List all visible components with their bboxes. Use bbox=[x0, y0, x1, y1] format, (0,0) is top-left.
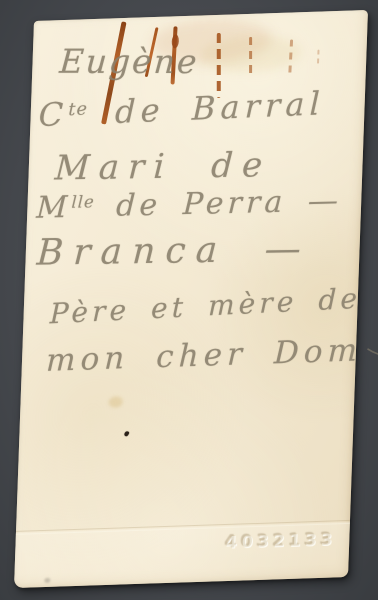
ink-fleck bbox=[124, 431, 130, 437]
photo-scene: Eugène Cte de Barral Mari de Mlle de Per… bbox=[0, 0, 378, 600]
handwriting-line-3: Mari de bbox=[54, 145, 273, 188]
handwriting-line-2: Cte de Barral bbox=[38, 84, 325, 134]
embossed-stamp: 4032133 bbox=[225, 530, 337, 553]
handwriting-line-4: Mlle de Perra — bbox=[36, 183, 343, 225]
handwriting-line-7-text: mon cher Dom bbox=[45, 332, 362, 378]
photo-card-verso: Eugène Cte de Barral Mari de Mlle de Per… bbox=[14, 10, 368, 588]
pen-flourish bbox=[366, 342, 378, 361]
handwriting-line-2-initial: C bbox=[38, 95, 69, 134]
handwriting-line-6: Père et mère de bbox=[49, 282, 361, 331]
yellow-stain bbox=[109, 396, 123, 407]
handwriting-line-5: Branca — bbox=[36, 228, 312, 273]
handwriting-line-4-initial: M bbox=[36, 190, 72, 226]
handwriting-line-4-rest: de Perra — bbox=[94, 183, 343, 224]
handwriting-line-1: Eugène bbox=[58, 42, 200, 81]
handwriting-line-2-rest: de Barral bbox=[87, 84, 325, 132]
handwriting-superscript: lle bbox=[71, 192, 95, 212]
rust-streak-7 bbox=[317, 50, 320, 64]
handwriting-superscript: te bbox=[68, 99, 88, 120]
handwriting-line-7: mon cher Dom bbox=[45, 330, 378, 379]
rust-streak-5 bbox=[249, 37, 252, 79]
